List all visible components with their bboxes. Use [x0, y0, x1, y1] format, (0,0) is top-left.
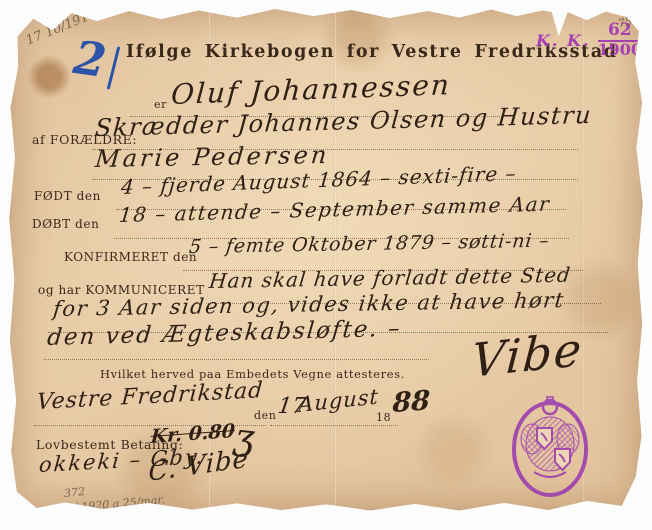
- confirmed-entry: 5 – femte Oktober 1879 – søtti-ni –: [188, 230, 551, 258]
- bottom-pencil-note-line2: / 1920 a 25/mar.: [74, 493, 166, 514]
- place-entry: Vestre Fredrikstad: [36, 378, 264, 415]
- den-label: den: [254, 409, 276, 422]
- month-entry: August: [298, 384, 379, 417]
- dotted-line: [44, 358, 429, 360]
- blue-crayon-number: 2: [70, 30, 109, 88]
- certificate-paper: 17 10/1918 2 Ifølge Kirkebogen for Vestr…: [8, 6, 644, 512]
- document-title: Ifølge Kirkebogen for Vestre Fredrikssta…: [126, 42, 496, 62]
- name-entry: Oluf Johannessen: [170, 68, 452, 111]
- bottom-pencil-note-line1: 372: [63, 485, 85, 500]
- printed-century: 18: [376, 411, 391, 424]
- stamp-denominator: 1900: [598, 42, 643, 59]
- official-signature: Vibe: [470, 322, 585, 388]
- year-entry: 88: [392, 385, 431, 419]
- baptized-entry: 18 – attende – September samme Aar: [118, 192, 551, 227]
- blue-crayon-stroke: [107, 46, 121, 89]
- dotted-line: [270, 424, 398, 426]
- er-label: er: [154, 98, 167, 111]
- communed-entry-line3: den ved Ægteskabsløfte. –: [46, 316, 403, 351]
- born-label: FØDT den: [34, 189, 101, 203]
- confirmed-label: KONFIRMERET den: [64, 250, 197, 264]
- scanned-certificate: 17 10/1918 2 Ifølge Kirkebogen for Vestr…: [0, 0, 652, 530]
- parents-entry-line1: Skrædder Johannes Olsen og Hustru: [94, 101, 593, 142]
- stamp-initials: K. K.: [536, 31, 591, 50]
- official-seal-stamp: [504, 392, 596, 500]
- payment-amount: Kr. 0.80: [150, 420, 236, 448]
- baptized-label: DØBT den: [32, 217, 99, 231]
